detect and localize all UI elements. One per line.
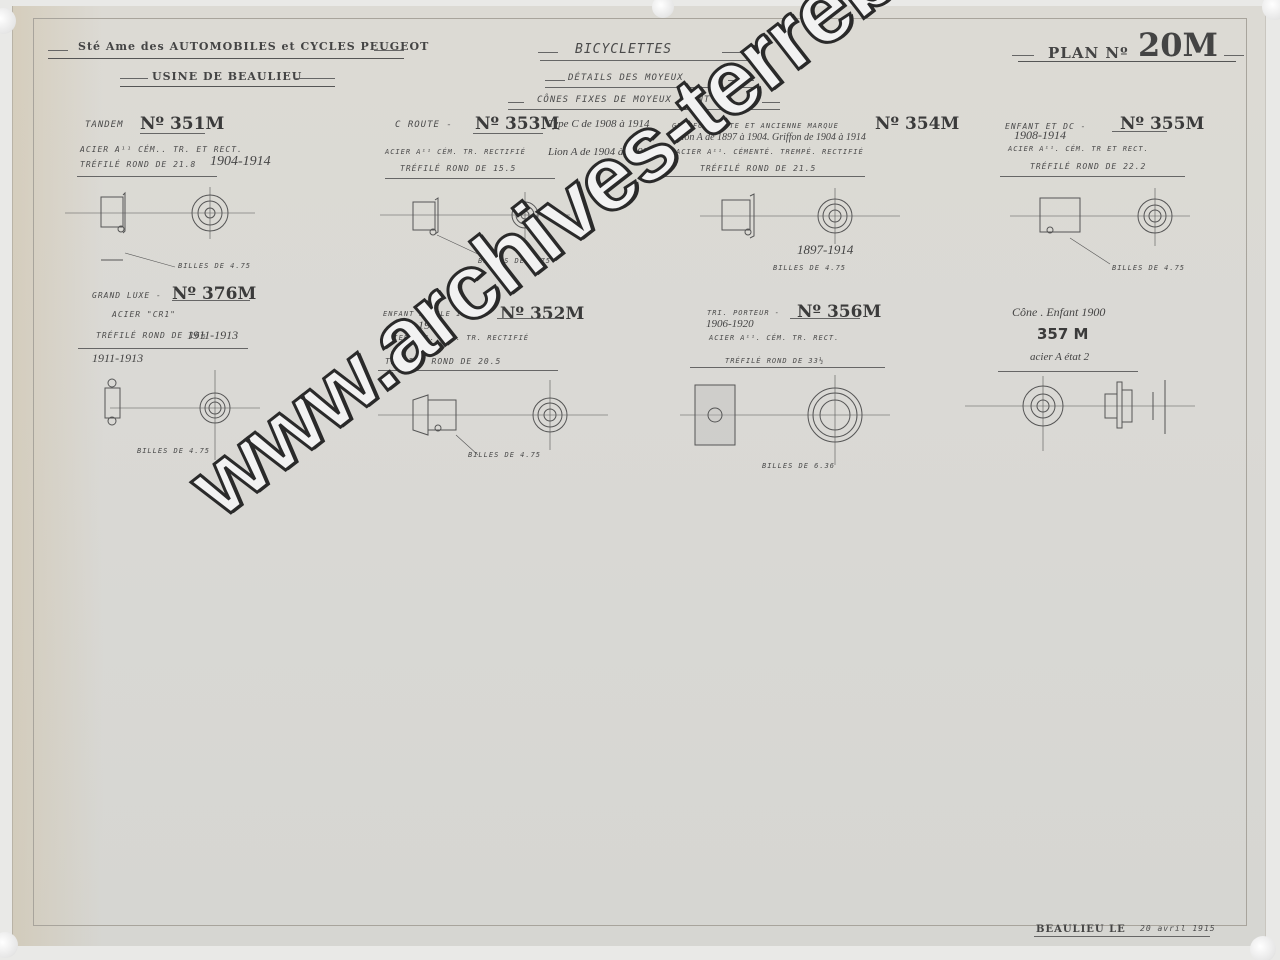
cone-drawing-356m: [680, 375, 890, 475]
company-name: Sté Ame des AUTOMOBILES et CYCLES PEUGEO…: [78, 40, 429, 53]
part-number: Nº 354M: [875, 114, 959, 134]
plan-number: 20M: [1138, 26, 1218, 64]
category-title: BICYCLETTES: [575, 42, 672, 57]
factory-name: USINE DE BEAULIEU: [152, 70, 302, 83]
part-number: 357 M: [1037, 325, 1088, 343]
part-number: Nº 376M: [172, 284, 256, 304]
part-number: Nº 353M: [475, 114, 559, 134]
pin-bottom-right: [1250, 936, 1276, 960]
plan-label: PLAN Nº: [1048, 44, 1129, 62]
part-number: Nº 356M: [797, 302, 881, 322]
footer-date: 20 avril 1915: [1140, 924, 1216, 933]
part-number: Nº 351M: [140, 114, 224, 134]
cone-drawing-357m: [965, 376, 1195, 456]
footer-place: BEAULIEU LE: [1036, 924, 1126, 935]
